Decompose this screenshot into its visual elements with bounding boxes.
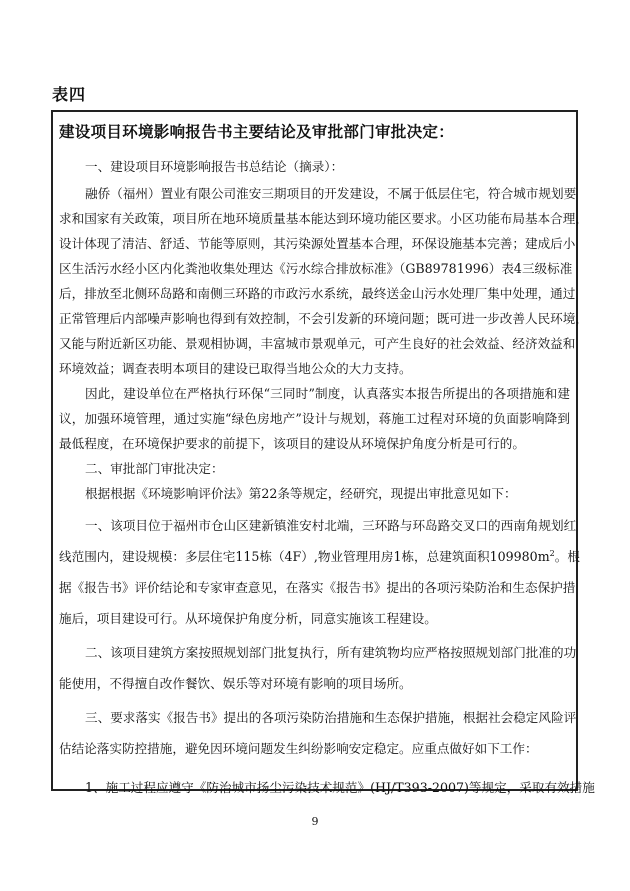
text-line: 根据根据《环境影响评价法》第22条等规定，经研究，现提出审批意见如下： — [85, 483, 570, 502]
text-line: 据《报告书》评价结论和专家审查意见，在落实《报告书》提出的各项污染防治和生态保护… — [59, 577, 570, 596]
box-title: 建设项目环境影响报告书主要结论及审批部门审批决定： — [59, 120, 454, 142]
text-line: 求和国家有关政策，项目所在地环境质量基本能达到环境功能区要求。小区功能布局基本合… — [59, 208, 570, 227]
text-line: 后，排放至北侧环岛路和南侧三环路的市政污水系统，最终送金山污水处理厂集中处理，通… — [59, 283, 570, 302]
text-line: 三、要求落实《报告书》提出的各项污染防治措施和生态保护措施，根据社会稳定风险评 — [85, 707, 570, 726]
table-label: 表四 — [52, 82, 86, 105]
text-line: 一、建设项目环境影响报告书总结论（摘录）： — [85, 156, 570, 175]
text-line: 二、该项目建筑方案按照规划部门批复执行，所有建筑物均应严格按照规划部门批准的功 — [85, 642, 570, 661]
text-line: 二、审批部门审批决定： — [85, 458, 570, 477]
text-line: 因此，建设单位在严格执行环保“三同时”制度，认真落实本报告所提出的各项措施和建 — [85, 383, 570, 402]
text-line: 最低程度，在环境保护要求的前提下，该项目的建设从环境保护角度分析是可行的。 — [59, 433, 570, 452]
text-line: 环境效益；调查表明本项目的建设已取得当地公众的大力支持。 — [59, 358, 570, 377]
text-line: 议，加强环境管理，通过实施“绿色房地产”设计与规划，蒋施工过程对环境的负面影响降… — [59, 408, 570, 427]
text-line: 1、施工过程应遵守《防治城市扬尘污染技术规范》(HJ/T393-2007)等规定… — [85, 777, 570, 796]
text-line: 一、该项目位于福州市仓山区建新镇淮安村北端，三环路与环岛路交叉口的西南角规划红 — [85, 515, 570, 534]
text-line: 设计体现了清洁、舒适、节能等原则，其污染源处置基本合理，环保设施基本完善；建成后… — [59, 233, 570, 252]
text-line: 正常管理后内部噪声影响也得到有效控制，不会引发新的环境问题；既可进一步改善人民环… — [59, 308, 570, 327]
text-line: 区生活污水经小区内化粪池收集处理达《污水综合排放标准》（GB89781996）表… — [59, 258, 570, 277]
text-line: 估结论落实防控措施，避免因环境问题发生纠纷影响安定稳定。应重点做好如下工作： — [59, 738, 570, 757]
text-line: 线范围内，建设规模：多层住宅115栋（4F）,物业管理用房1栋，总建筑面积109… — [59, 546, 570, 565]
text-line: 融侨（福州）置业有限公司淮安三期项目的开发建设，不属于低层住宅，符合城市规划要 — [85, 183, 570, 202]
text-line: 又能与附近新区功能、景观相协调，丰富城市景观单元，可产生良好的社会效益、经济效益… — [59, 333, 570, 352]
text-line: 能使用，不得擅自改作餐饮、娱乐等对环境有影响的项目场所。 — [59, 673, 570, 692]
conclusion-box: 建设项目环境影响报告书主要结论及审批部门审批决定： 一、建设项目环境影响报告书总… — [51, 110, 578, 791]
text-line: 施后，项目建设可行。从环境保护角度分析，同意实施该工程建设。 — [59, 608, 570, 627]
page-number: 9 — [0, 815, 630, 828]
